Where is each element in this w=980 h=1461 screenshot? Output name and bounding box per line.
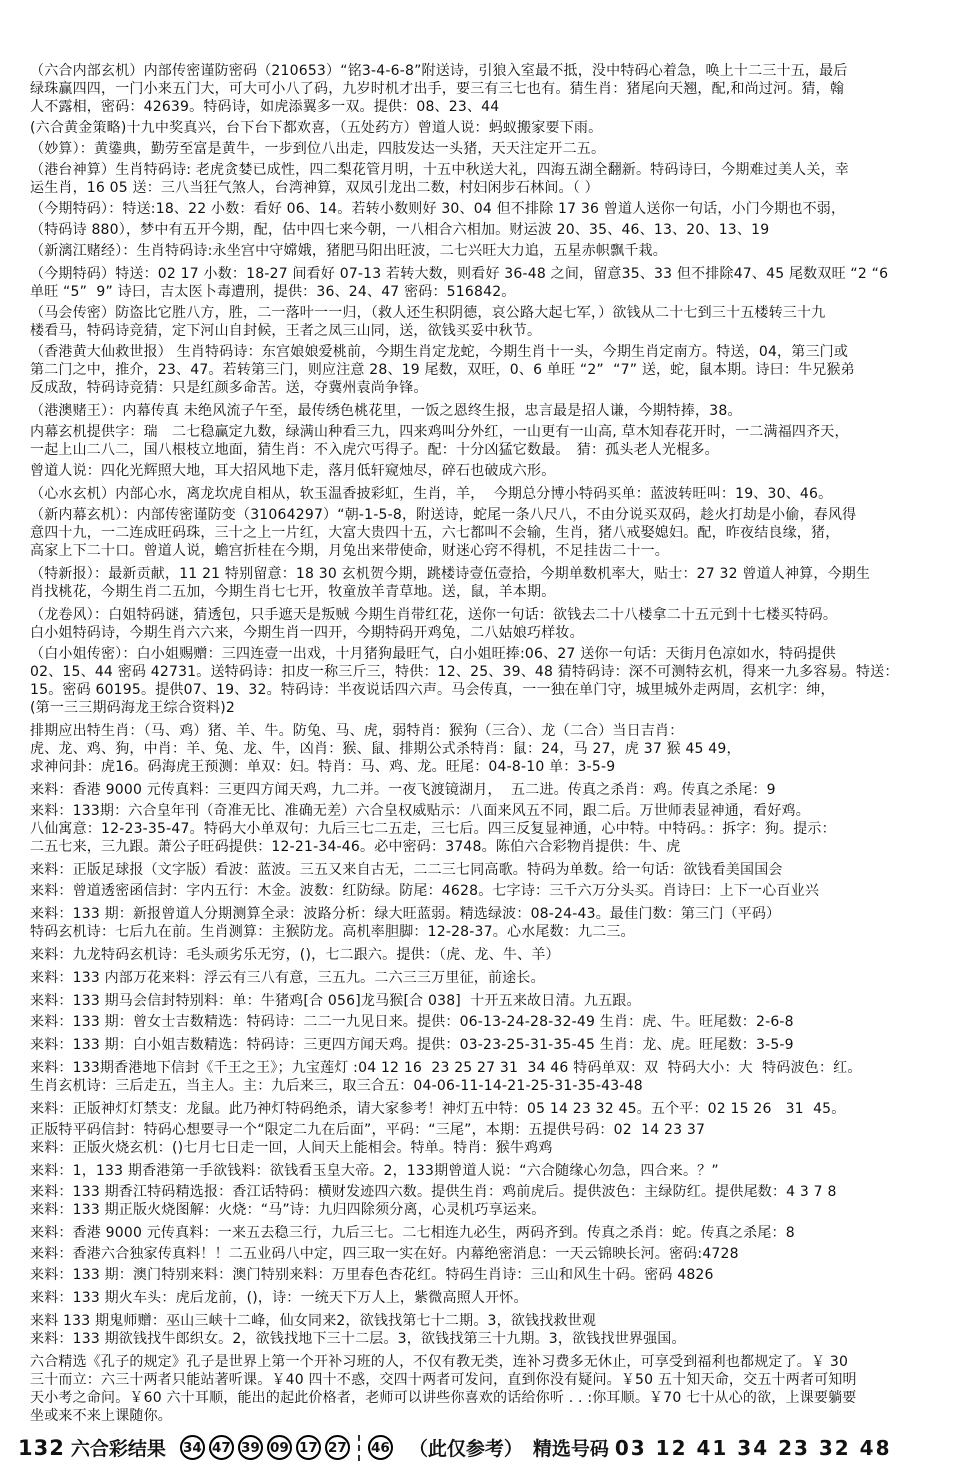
paragraph-13: 曾道人说：四化光辉照大地，耳大招风地下走，落月低轩窥烛尽，碎石也破成六形。 [30,462,958,480]
paragraph-25: 来料：九龙特码玄机诗：毛头顽劣乐无穷，()，七二跟六。提供：（虎、龙、牛、羊） [30,946,958,964]
paragraph-34: 来料：133 期香江特码精选报：香江话特码：横财发迹四六数。提供生肖：鸡前虎后。… [30,1183,958,1219]
paragraph-6: （特码诗 880），梦中有五开今期，配，估中四七来今朝，一八相合六相加。财运波 … [30,221,958,239]
paragraph-27: 来料：133 期马会信封特别料：单：牛猪鸡[合 056]龙马猴[合 038] 十… [30,992,958,1010]
paragraph-2: (六合黄金策略)十九中奖真兴，台下台下都欢喜，（五处药方）曾道人说：蚂蚁搬家要下… [30,119,958,137]
paragraph-16: （特新报）：最新贡献，11 21 特别留意：18 30 玄机贺今期，跳楼诗壹伍壹… [30,565,958,601]
paragraph-24: 来料：133 期：新报曾道人分期测算全录：波路分析：绿大旺蓝弱。精选绿波：08-… [30,905,958,941]
result-ball-3: 39 [238,1435,263,1460]
paragraph-3: （妙算）：黄鍌典，勤劳至富是黄牛，一步到位八出走，四肢发达一头猪，天天注定开二五… [30,140,958,158]
result-ball-5: 17 [296,1435,321,1460]
paragraph-37: 来料：133 期：澳门特别来料：澳门特别来料：万里春色杏花红。特码生肖诗：三山和… [30,1266,958,1284]
result-numbers: 344739091727 [180,1435,350,1460]
selected-numbers: 03 12 41 34 23 32 48 [615,1436,892,1460]
paragraph-8: （今期特码）特送：02 17 小数：18-27 间看好 07-13 若转大数，则… [30,265,958,301]
result-ball-2: 47 [209,1435,234,1460]
paragraph-36: 来料：香港六合独家传真料！！二五业码八中定，四三取一实在好。内幕绝密消息：一天云… [30,1245,958,1263]
paragraph-30: 来料：133期香港地下信封《千王之王》；九宝莲灯 :04 12 16 23 25… [30,1059,958,1095]
paragraph-20: 来料：香港 9000 元传真料：三更四方闻天鸡，九二并。一夜飞渡镜湖月， 五二进… [30,781,958,799]
paragraph-31: 来料：正版神灯灯禁支：龙鼠。此乃神灯特码绝杀，请大家参考！神灯五中特：05 14… [30,1100,958,1118]
result-ball-6: 27 [325,1435,350,1460]
tipsheet-document: （六合内部玄机）内部传密谨防密码（210653）“铭3-4-6-8”附送诗，引狼… [0,0,980,1425]
dashed-separator [358,1435,360,1461]
paragraph-40: 六合精选《孔子的规定》孔子是世界上第一个开补习班的人，不仅有教无类，连补习费多无… [30,1353,958,1425]
paragraph-22: 来料：正版足球报（文字版）看波：蓝波。三五又来自古无，二二三七同高歌。特码为单数… [30,861,958,879]
paragraph-26: 来料：133 内部万花来料：浮云有三八有意，三五九。二六三三万里征，前途长。 [30,969,958,987]
paragraph-10: （香港黄大仙救世报） 生肖特码诗：东宫娘娘爱桃前，今期生肖定龙蛇，今期生肖十一头… [30,343,958,397]
paragraph-9: （马会传密）防盗比它胜八方，胜，二一落叶一一归，（救人还生积阴德，哀公路大起七军… [30,304,958,340]
paragraph-15: （新内幕玄机）：内部传密谨防变（31064297）“朝-1-5-8，附送诗，蛇尾… [30,506,958,560]
paragraph-38: 来料：133 期火车头：虎后龙前，()，诗：一统天下万人上，紫微高照人开怀。 [30,1289,958,1307]
paragraph-33: 来料：1，133 期香港第一手欲钱料：欲钱看玉皇大帝。2，133期曾道人说：“六… [30,1162,958,1180]
paragraph-39: 来料 133 期鬼师赠：巫山三峡十二峰，仙女同来2，欲钱找第七十二期。3，欲钱找… [30,1312,958,1348]
paragraph-1: （六合内部玄机）内部传密谨防密码（210653）“铭3-4-6-8”附送诗，引狼… [30,62,958,116]
paragraph-4: （港台神算）生肖特码诗: 老虎贪婪已成性，四二梨花管月明，十五中秋送大礼，四海五… [30,161,958,197]
paragraph-7: （新漓江赌经）：生肖特码诗:永坐宫中守嫦娥，猪肥马阳出旺波，二七兴旺大力追，五星… [30,242,958,260]
paragraph-14: （心水玄机）内部心水，离龙坎虎自相从，软玉温香披彩虹，生肖，羊， 今期总分博小特… [30,485,958,503]
paragraph-23: 来料：曾道透密函信封：字内五行：木金。波数：红防绿。防尾：4628。七字诗：三千… [30,882,958,900]
special-number-ball: 46 [368,1435,393,1460]
result-ball-1: 34 [180,1435,205,1460]
paragraph-32: 正版特平码信封：特码心想要寻一个“限定二九在后面”，平码：“三尾”，本期：五提供… [30,1121,958,1157]
paragraph-29: 来料：133 期：白小姐吉数精选：特码诗：三更四方闻天鸡。提供：03-23-25… [30,1036,958,1054]
paragraph-11: （港澳赌王）：内幕传真 未绝风流子午至，最传绣色桃花里，一饭之恩终生报，忠言最是… [30,402,958,420]
paragraph-35: 来料：香港 9000 元传真料：一来五去稳三行，九后三七。二七相连九必生，两码齐… [30,1224,958,1242]
paragraph-17: （龙卷风）：白姐特码谜，猜透包，只手遮天是叛贼 今期生肖带红花，送你一句话：欲钱… [30,606,958,642]
reference-note: （此仅参考） [409,1434,523,1461]
paragraph-12: 内幕玄机提供字：瑞 二七稳赢定九数，绿满山种看三九，四来鸡叫分外红，一山更有一山… [30,423,958,459]
results-label: 六合彩结果 [71,1434,166,1461]
paragraph-21: 来料：133期：六合皇年刊（奇准无比、准确无差）六合皇权威贴示：八面来风五不同，… [30,802,958,856]
paragraph-18: （白小姐传密）：白小姐赐赠：三四连壹一出戏，十月猪狗最旺气，白小姐旺捧:06、2… [30,645,958,717]
paragraph-19: 排期应出特生肖：（马、鸡）猪、羊、牛。防兔、马、虎，弱特肖：猴狗（三合）、龙（二… [30,722,958,776]
selected-numbers-label: 精选号码 [533,1434,609,1461]
issue-number: 132 [18,1436,65,1460]
result-ball-4: 09 [267,1435,292,1460]
paragraph-28: 来料：133 期：曾女士吉数精选：特码诗：二二一九见日来。提供：06-13-24… [30,1013,958,1031]
results-footer: 132 六合彩结果 344739091727 46 （此仅参考） 精选号码 03… [0,1428,980,1461]
paragraph-5: （今期特码）：特送:18、22 小数：看好 06、14。若转小数则好 30、04… [30,200,958,218]
